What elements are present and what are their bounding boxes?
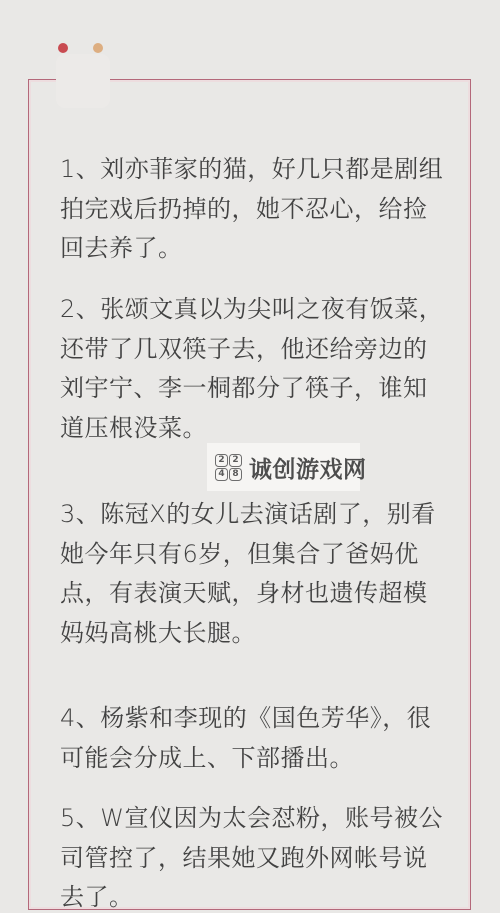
gossip-item-5: 5、W宣仪因为太会怼粉，账号被公 司管控了，结果她又跑外网帐号说 去了。 [60, 799, 456, 913]
gossip-item-1: 1、刘亦菲家的猫，好几只都是剧组 拍完戏后扔掉的，她不忍心，给捡 回去养了。 [60, 150, 456, 269]
gossip-item-3: 3、陈冠X的女儿去演话剧了，别看 她今年只有6岁，但集合了爸妈优 点，有表演天赋… [60, 495, 456, 653]
watermark-logo-icon: 2248 [215, 454, 242, 481]
gossip-item-4: 4、杨紫和李现的《国色芳华》，很 可能会分成上、下部播出。 [60, 699, 456, 778]
page-background: 1、刘亦菲家的猫，好几只都是剧组 拍完戏后扔掉的，她不忍心，给捡 回去养了。 2… [0, 0, 500, 913]
watermark-site-name: 诚创游戏网 [249, 451, 367, 484]
watermark-logo-digit: 2 [229, 454, 242, 467]
tan-dot-icon [93, 43, 103, 53]
watermark-logo-digit: 2 [215, 454, 228, 467]
watermark: 2248 诚创游戏网 [207, 443, 360, 491]
watermark-logo-digit: 4 [215, 468, 228, 481]
frame-top-gap [56, 54, 110, 108]
gossip-item-2: 2、张颂文真以为尖叫之夜有饭菜， 还带了几双筷子去，他还给旁边的 刘宇宁、李一桐… [60, 290, 456, 448]
watermark-logo-digit: 8 [229, 468, 242, 481]
red-dot-icon [58, 43, 68, 53]
